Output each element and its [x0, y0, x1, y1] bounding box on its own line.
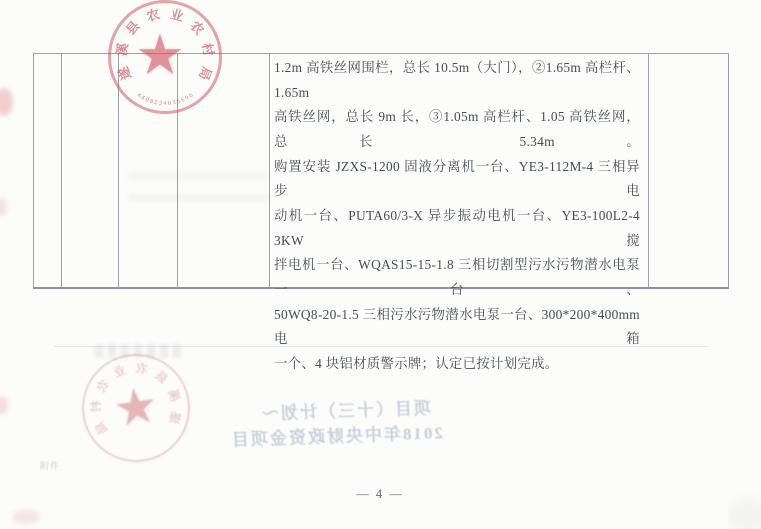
bleedthrough-seal: 遂溪县农业农村局 ★ — [75, 347, 197, 469]
star-icon: ★ — [135, 23, 185, 88]
page-number: — 4 — — [328, 487, 432, 502]
scan-ink-smudge — [0, 396, 8, 414]
cell-text-line: 高铁丝网，总长 9m 长，③1.05m 高栏杆、1.05 高铁丝网，总长 5.3… — [274, 105, 640, 154]
official-seal-agriculture-bureau: 遂溪县农业农村局 4408234035696 ★ — [108, 0, 222, 114]
star-icon: ★ — [110, 375, 162, 439]
cell-text-line: 50WQ8-20-1.5 三相污水污物潜水电泵一台、300*200*400mm … — [274, 303, 640, 352]
scan-ink-smudge — [0, 198, 7, 216]
cell-text-line: 购置安装 JZXS-1200 固液分离机一台、YE3-112M-4 三相异步电 — [274, 155, 640, 204]
scan-shadow — [728, 498, 761, 529]
cell-text-line: 1.2m 高铁丝网围栏，总长 10.5m（大门），②1.65m 高栏杆、1.65… — [274, 56, 640, 105]
cell-text-line: 动机一台、PUTA60/3-X 异步振动电机一台、YE3-100L2-4 3KW… — [274, 204, 640, 253]
bleedthrough-text: 项目（十三）计划～ 2018年中央财政资金项目 — [207, 395, 465, 454]
cell-text-line: 一个、4 块铝材质警示牌；认定已按计划完成。 — [274, 352, 640, 377]
scan-ink-smudge — [12, 510, 40, 524]
scan-ink-smudge — [0, 88, 13, 116]
table-column-divider — [61, 54, 62, 287]
scanned-document-page: { "page": { "number_label": "— 4 —" }, "… — [0, 0, 761, 529]
table-column-divider — [269, 54, 270, 287]
faint-footnote-text: 附件 — [40, 459, 60, 472]
completion-description-cell: 1.2m 高铁丝网围栏，总长 10.5m（大门），②1.65m 高栏杆、1.65… — [274, 56, 640, 377]
cell-text-line: 拌电机一台、WQAS15-15-1.8 三相切割型污水污物潜水电泵一台、 — [274, 253, 640, 302]
table-column-divider — [648, 54, 649, 287]
